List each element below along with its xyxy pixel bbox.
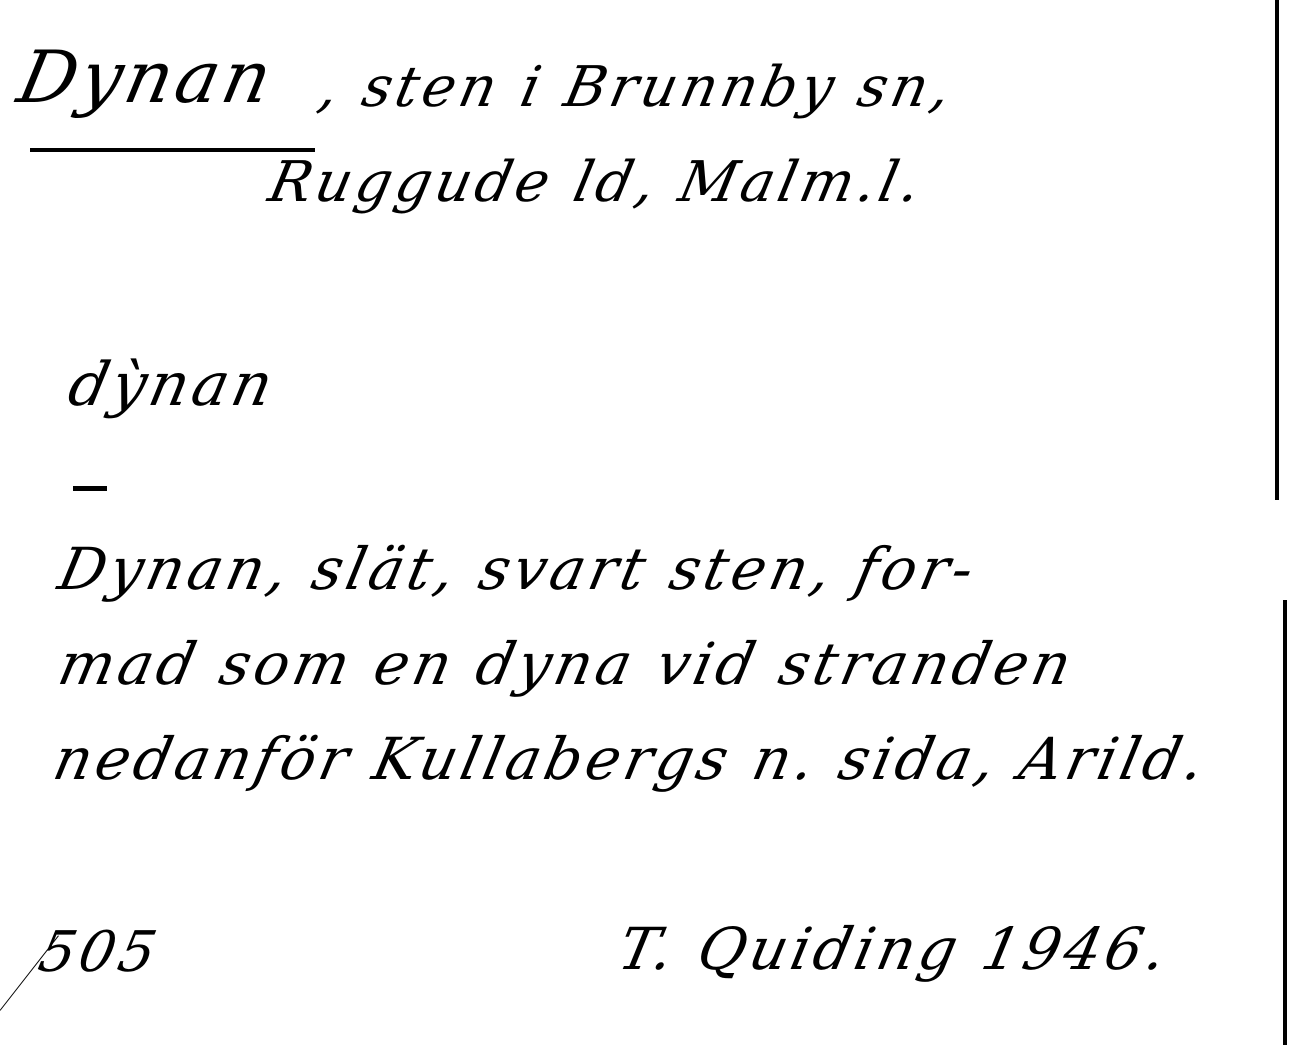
description-line2: mad som en dyna vid stranden xyxy=(53,630,1082,698)
headword-underline xyxy=(30,148,315,152)
card-number: 505 xyxy=(33,920,166,985)
pronunciation: dỳnan xyxy=(63,350,283,420)
card-edge-bottom xyxy=(1283,600,1287,1045)
signature: T. Quiding 1946. xyxy=(613,915,1177,983)
headword: Dynan xyxy=(11,35,283,119)
pronunciation-mark xyxy=(73,486,107,491)
description-line3: nedanför Kullabergs n. sida, Arild. xyxy=(48,725,1215,793)
card-edge-top xyxy=(1275,0,1279,500)
description-line1: Dynan, slät, svart sten, for- xyxy=(53,535,984,603)
header-location-line2: Ruggude ld, Malm.l. xyxy=(263,150,930,215)
header-location-line1: , sten i Brunnby sn, xyxy=(313,55,960,120)
